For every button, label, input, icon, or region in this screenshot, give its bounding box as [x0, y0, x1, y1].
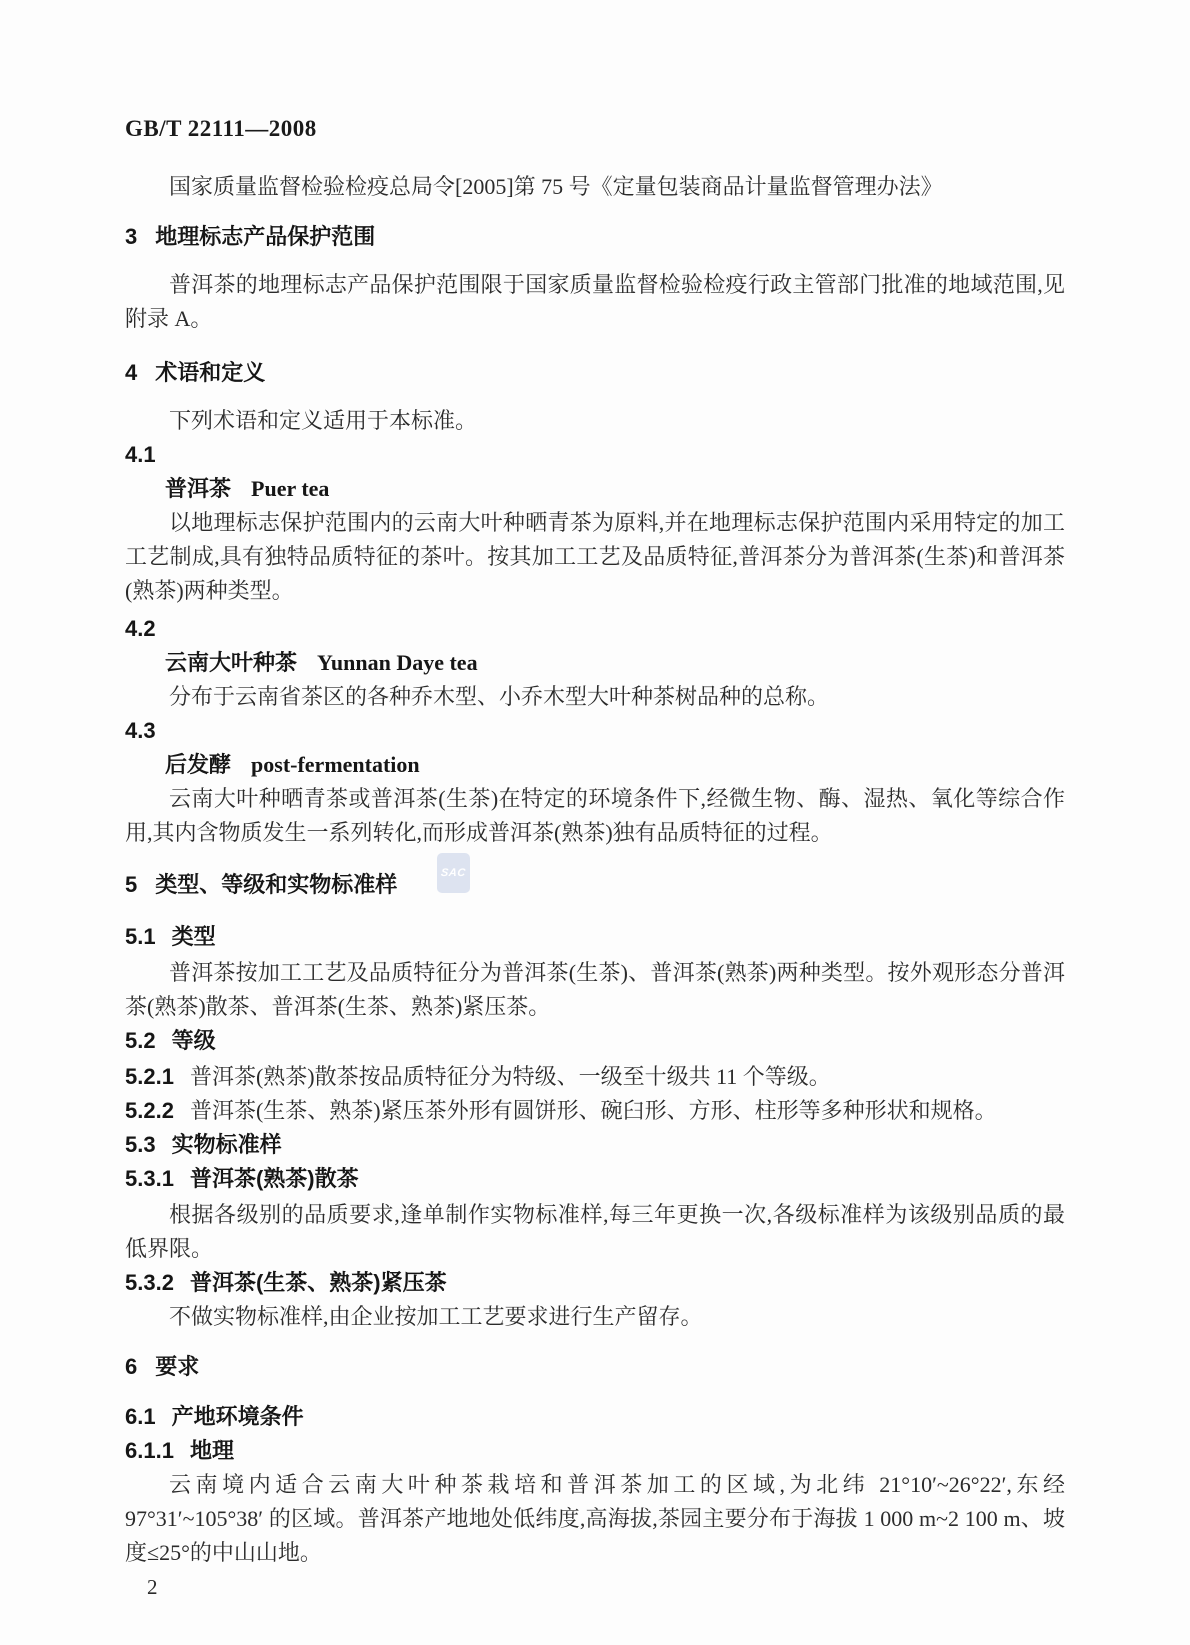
clause-number: 6.1 — [125, 1404, 156, 1429]
section-title: 要求 — [155, 1354, 199, 1379]
section-number: 4 — [125, 360, 137, 385]
term-chinese: 普洱茶 — [165, 476, 231, 501]
section-4-heading: 4术语和定义 — [125, 356, 1065, 390]
clause-title: 实物标准样 — [172, 1132, 282, 1157]
section-5-1-paragraph: 普洱茶按加工工艺及品质特征分为普洱茶(生茶)、普洱茶(熟茶)两种类型。按外观形态… — [125, 956, 1065, 1024]
page-content: GB/T 22111—2008 国家质量监督检验检疫总局令[2005]第 75 … — [0, 0, 1190, 1604]
term-4-1-definition: 以地理标志保护范围内的云南大叶种晒青茶为原料,并在地理标志保护范围内采用特定的加… — [125, 506, 1065, 608]
term-english: Puer tea — [251, 476, 329, 501]
section-5-2-heading: 5.2等级 — [125, 1024, 1065, 1058]
section-5-1-heading: 5.1类型 — [125, 920, 1065, 954]
term-chinese: 后发酵 — [165, 752, 231, 777]
section-5-3-1-heading: 5.3.1普洱茶(熟茶)散茶 — [125, 1162, 1065, 1196]
clause-5-2-2: 5.2.2普洱茶(生茶、熟茶)紧压茶外形有圆饼形、碗臼形、方形、柱形等多种形状和… — [125, 1094, 1065, 1128]
section-3-heading: 3地理标志产品保护范围 — [125, 220, 1065, 254]
clause-5-2-1: 5.2.1普洱茶(熟茶)散茶按品质特征分为特级、一级至十级共 11 个等级。 — [125, 1060, 1065, 1094]
document-page: SAC GB/T 22111—2008 国家质量监督检验检疫总局令[2005]第… — [0, 0, 1190, 1645]
term-4-1-number: 4.1 — [125, 438, 1065, 472]
clause-number: 5.3.1 — [125, 1166, 174, 1191]
section-4-intro-paragraph: 下列术语和定义适用于本标准。 — [125, 404, 1065, 438]
section-5-3-2-paragraph: 不做实物标准样,由企业按加工工艺要求进行生产留存。 — [125, 1300, 1065, 1334]
term-4-2-line: 云南大叶种茶Yunnan Daye tea — [125, 646, 1065, 680]
clause-title: 等级 — [172, 1028, 216, 1053]
section-5-heading: 5类型、等级和实物标准样 — [125, 868, 1065, 902]
term-english: Yunnan Daye tea — [317, 650, 478, 675]
section-6-heading: 6要求 — [125, 1350, 1065, 1384]
term-4-3-number: 4.3 — [125, 714, 1065, 748]
term-4-3-line: 后发酵post-fermentation — [125, 748, 1065, 782]
term-chinese: 云南大叶种茶 — [165, 650, 297, 675]
section-number: 6 — [125, 1354, 137, 1379]
section-5-3-2-heading: 5.3.2普洱茶(生茶、熟茶)紧压茶 — [125, 1266, 1065, 1300]
clause-number: 6.1.1 — [125, 1438, 174, 1463]
clause-number: 5.2.2 — [125, 1098, 174, 1123]
page-number: 2 — [147, 1570, 1065, 1604]
section-3-paragraph: 普洱茶的地理标志产品保护范围限于国家质量监督检验检疫行政主管部门批准的地域范围,… — [125, 268, 1065, 336]
clause-number: 5.3 — [125, 1132, 156, 1157]
clause-title: 普洱茶(生茶、熟茶)紧压茶 — [190, 1270, 447, 1295]
clause-number: 5.2 — [125, 1028, 156, 1053]
term-4-1-line: 普洱茶Puer tea — [125, 472, 1065, 506]
section-5-3-1-paragraph: 根据各级别的品质要求,逢单制作实物标准样,每三年更换一次,各级标准样为该级别品质… — [125, 1198, 1065, 1266]
section-6-1-1-heading: 6.1.1地理 — [125, 1434, 1065, 1468]
section-6-1-1-paragraph: 云南境内适合云南大叶种茶栽培和普洱茶加工的区域,为北纬 21°10′~26°22… — [125, 1468, 1065, 1570]
section-title: 类型、等级和实物标准样 — [155, 872, 397, 897]
clause-text: 普洱茶(熟茶)散茶按品质特征分为特级、一级至十级共 11 个等级。 — [190, 1064, 831, 1089]
section-title: 地理标志产品保护范围 — [155, 224, 375, 249]
clause-number: 5.1 — [125, 924, 156, 949]
standard-number-header: GB/T 22111—2008 — [125, 112, 1065, 146]
clause-title: 类型 — [172, 924, 216, 949]
term-english: post-fermentation — [251, 752, 420, 777]
term-4-2-number: 4.2 — [125, 612, 1065, 646]
normative-reference-paragraph: 国家质量监督检验检疫总局令[2005]第 75 号《定量包装商品计量监督管理办法… — [125, 170, 1065, 204]
section-5-3-heading: 5.3实物标准样 — [125, 1128, 1065, 1162]
section-number: 3 — [125, 224, 137, 249]
term-4-2-definition: 分布于云南省茶区的各种乔木型、小乔木型大叶种茶树品种的总称。 — [125, 680, 1065, 714]
clause-number: 5.3.2 — [125, 1270, 174, 1295]
clause-number: 5.2.1 — [125, 1064, 174, 1089]
section-title: 术语和定义 — [155, 360, 265, 385]
section-number: 5 — [125, 872, 137, 897]
section-6-1-heading: 6.1产地环境条件 — [125, 1400, 1065, 1434]
term-4-3-definition: 云南大叶种晒青茶或普洱茶(生茶)在特定的环境条件下,经微生物、酶、湿热、氧化等综… — [125, 782, 1065, 850]
clause-title: 产地环境条件 — [172, 1404, 304, 1429]
clause-text: 普洱茶(生茶、熟茶)紧压茶外形有圆饼形、碗臼形、方形、柱形等多种形状和规格。 — [190, 1098, 997, 1123]
clause-title: 地理 — [190, 1438, 234, 1463]
clause-title: 普洱茶(熟茶)散茶 — [190, 1166, 359, 1191]
